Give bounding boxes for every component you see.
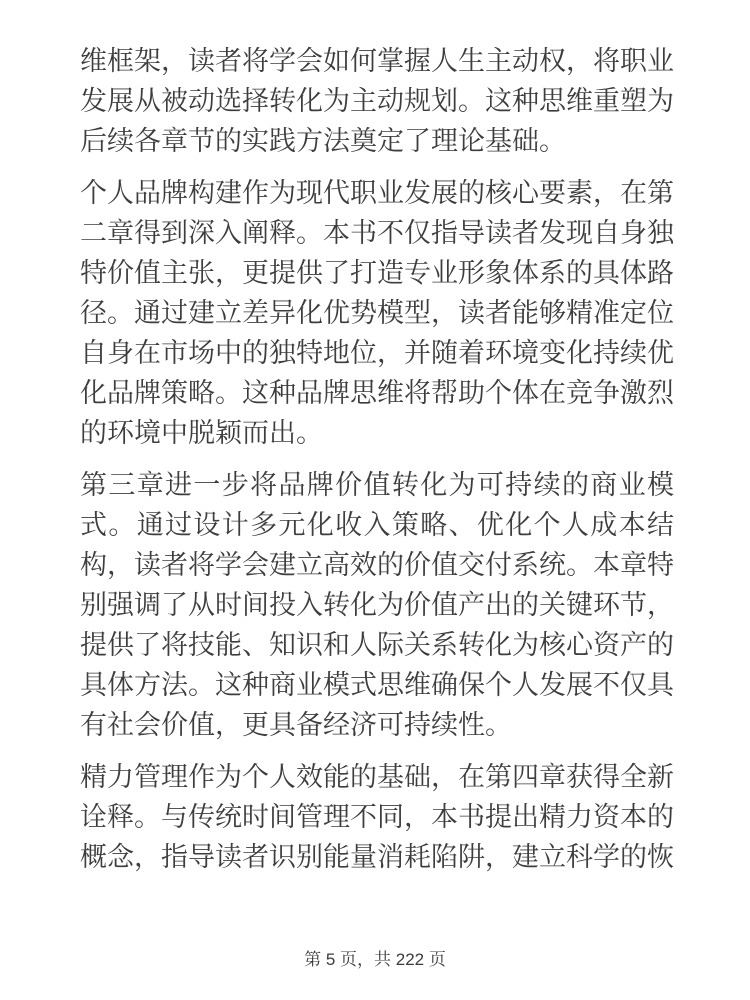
page-number-label: 第 5 页，共 222 页 [304, 950, 446, 969]
document-page: 维框架，读者将学会如何掌握人生主动权，将职业发展从被动选择转化为主动规划。这种思… [0, 0, 750, 1000]
paragraph-1: 维框架，读者将学会如何掌握人生主动权，将职业发展从被动选择转化为主动规划。这种思… [80, 41, 674, 161]
page-footer: 第 5 页，共 222 页 [0, 950, 750, 970]
paragraph-4: 精力管理作为个人效能的基础，在第四章获得全新诠释。与传统时间管理不同，本书提出精… [80, 757, 674, 877]
document-content: 维框架，读者将学会如何掌握人生主动权，将职业发展从被动选择转化为主动规划。这种思… [80, 41, 674, 889]
paragraph-3: 第三章进一步将品牌价值转化为可持续的商业模式。通过设计多元化收入策略、优化个人成… [80, 465, 674, 745]
paragraph-2: 个人品牌构建作为现代职业发展的核心要素，在第二章得到深入阐释。本书不仅指导读者发… [80, 173, 674, 453]
